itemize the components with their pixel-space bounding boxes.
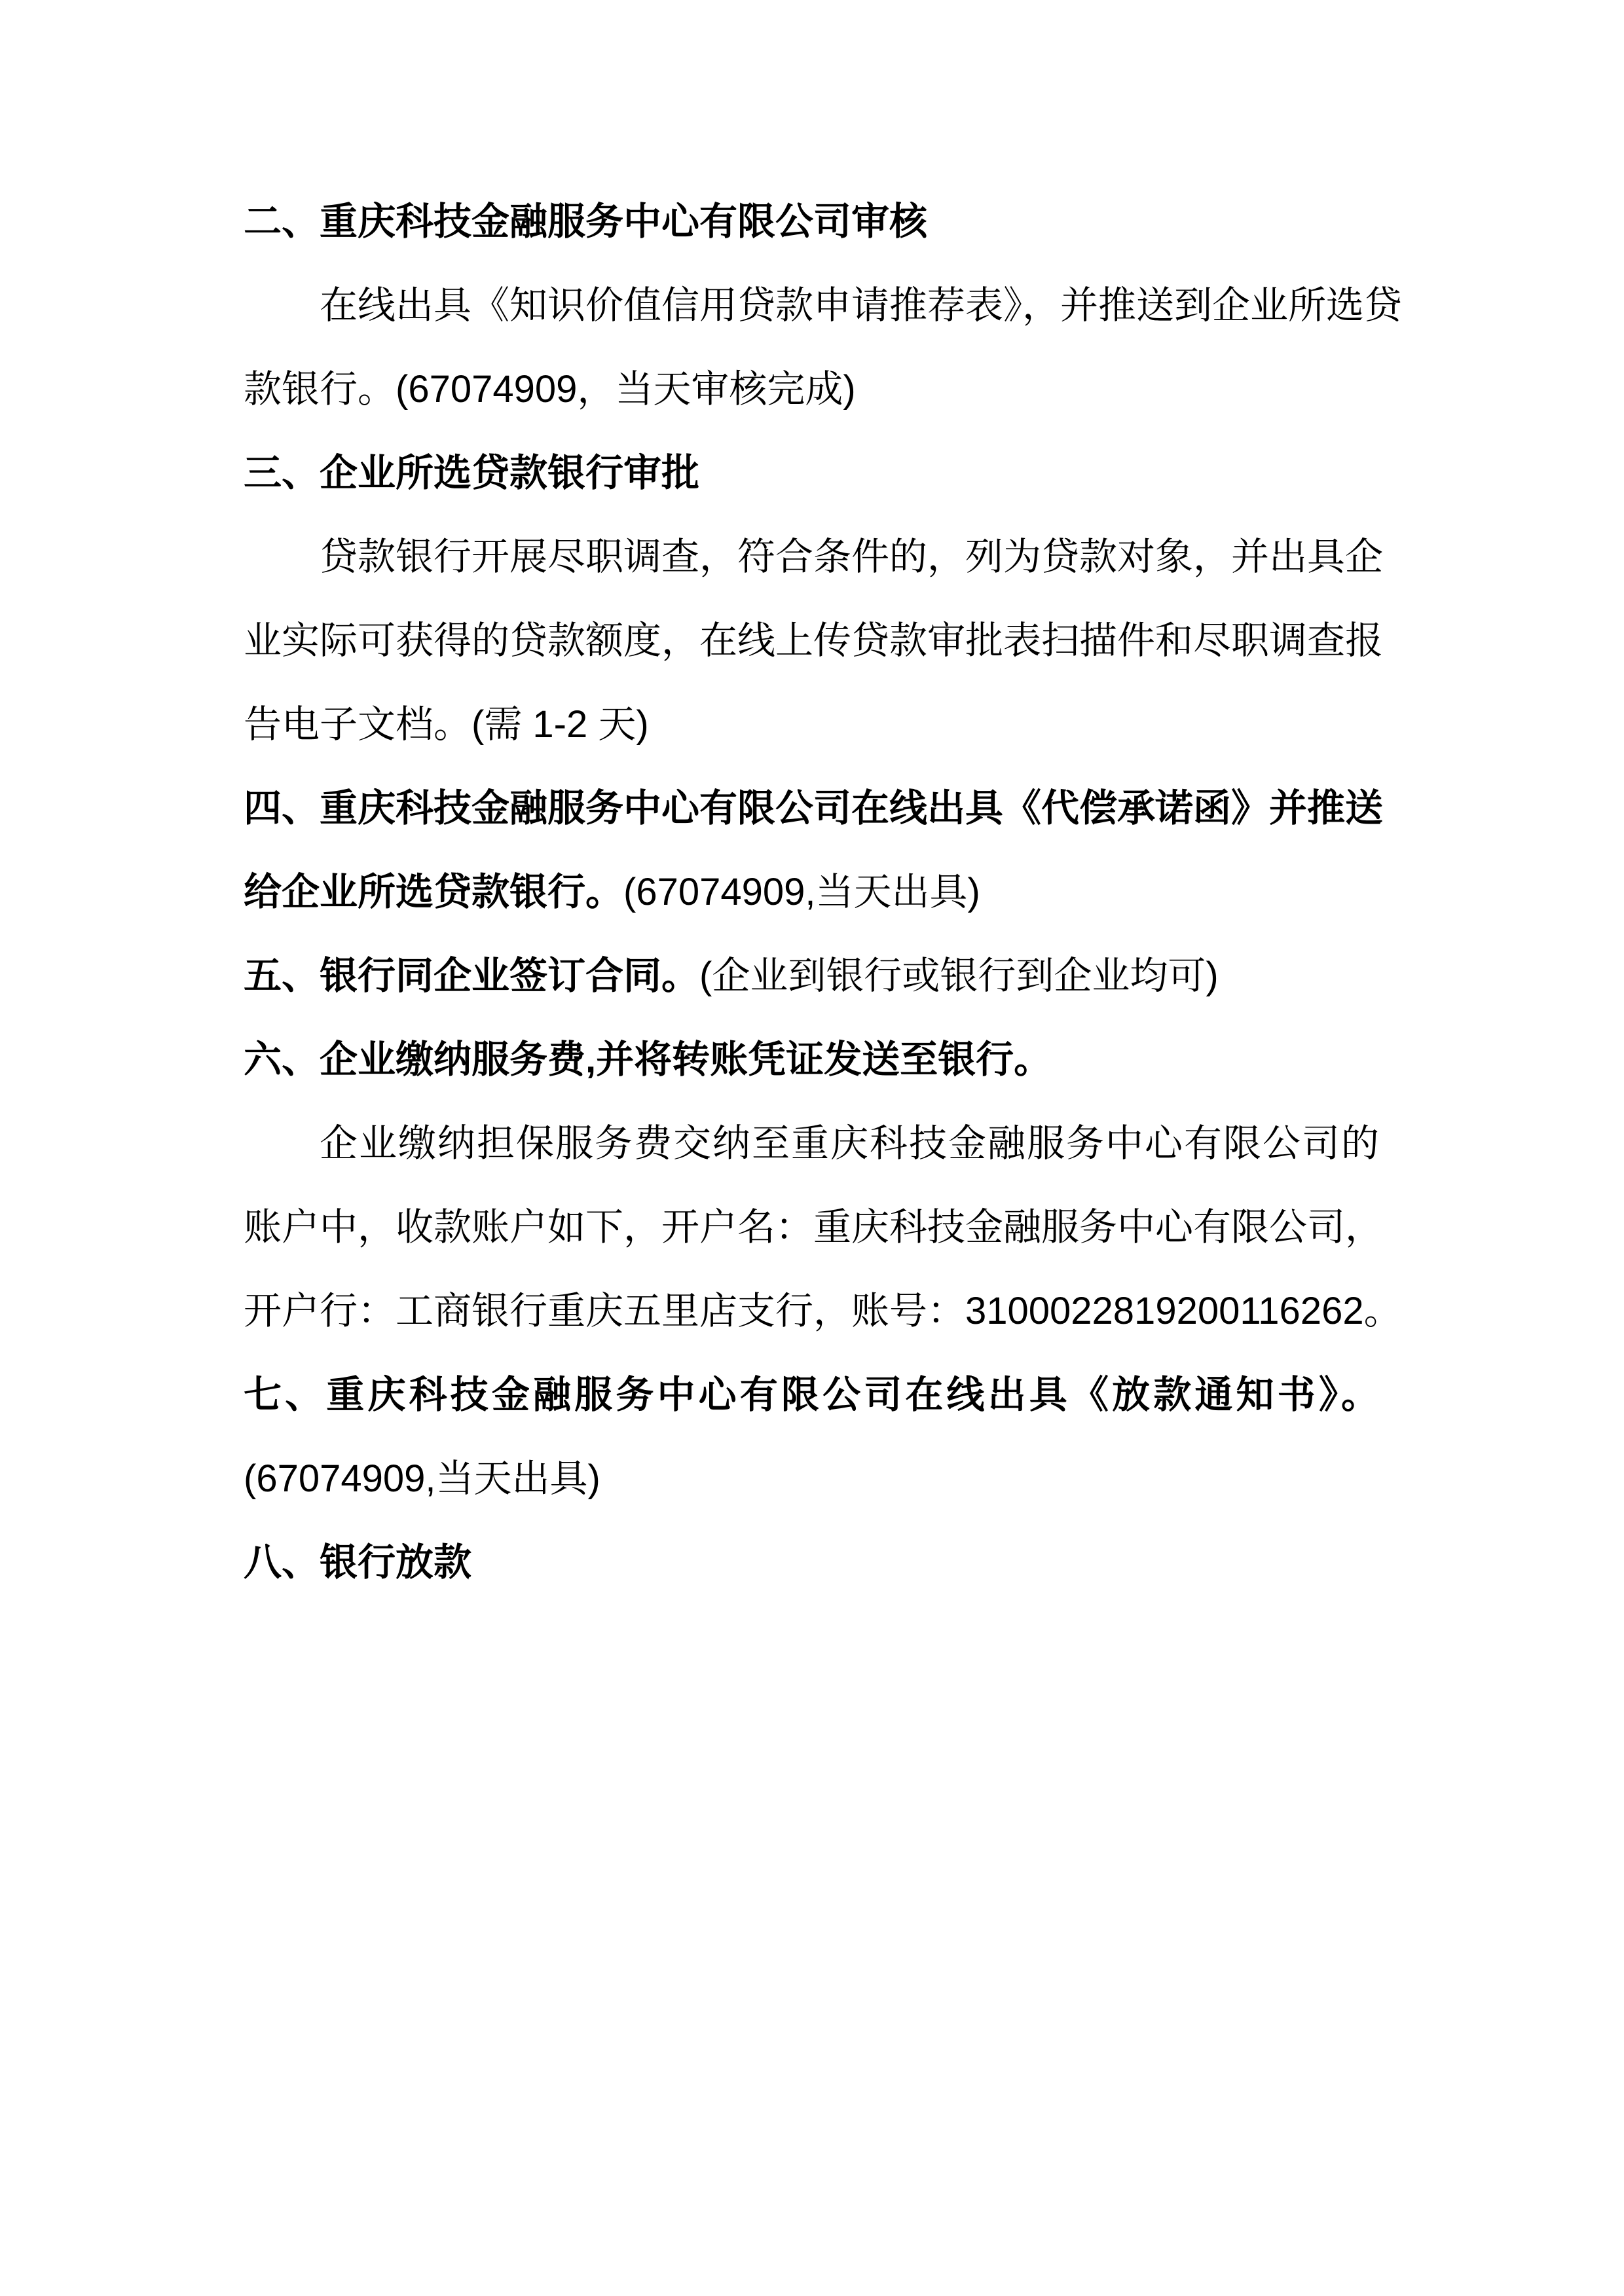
section-4-heading: 四、重庆科技金融服务中心有限公司在线出具《代偿承诺函》并推送 给企业所选贷款银行… [244,767,1379,934]
text-run: 六、企业缴纳服务费,并将转账凭证发送至银行。 [244,1038,1052,1081]
page-content: 二、重庆科技金融服务中心有限公司审核 在线出具《知识价值信用贷款申请推荐表》，并… [244,180,1379,1605]
section-2-heading: 二、重庆科技金融服务中心有限公司审核 [244,180,1379,264]
text-line: 八、银行放款 [244,1521,1379,1605]
text-run: 给企业所选贷款银行。 [244,871,623,913]
text-run: (企业到银行或银行到企业均可) [699,955,1219,997]
text-line: 四、重庆科技金融服务中心有限公司在线出具《代偿承诺函》并推送 [244,767,1379,850]
text-line: (67074909,当天出具) [244,1437,1379,1521]
text-run: 在线出具《知识价值信用贷款申请推荐表》，并推送到企业所选贷 [320,284,1402,327]
text-line: 给企业所选贷款银行。(67074909,当天出具) [244,850,1379,934]
text-line: 三、企业所选贷款银行审批 [244,431,1379,515]
text-run: 开户行：工商银行重庆五里店支行，账号：3100022819200116262。 [244,1290,1402,1332]
text-run: 款银行。(67074909，当天审核完成) [244,368,856,410]
document-page: 二、重庆科技金融服务中心有限公司审核 在线出具《知识价值信用贷款申请推荐表》，并… [0,0,1624,2296]
text-run: 企业缴纳担保服务费交纳至重庆科技金融服务中心有限公司的 [320,1122,1379,1165]
text-line: 业实际可获得的贷款额度，在线上传贷款审批表扫描件和尽职调查报 [244,599,1379,683]
text-run: (67074909,当天出具) [623,871,980,913]
text-run: 三、企业所选贷款银行审批 [244,452,699,494]
section-7-heading: 七、重庆科技金融服务中心有限公司在线出具《放款通知书》。 (67074909,当… [244,1353,1379,1521]
text-line: 在线出具《知识价值信用贷款申请推荐表》，并推送到企业所选贷 [244,264,1379,348]
text-run: 业实际可获得的贷款额度，在线上传贷款审批表扫描件和尽职调查报 [244,619,1383,662]
text-line: 贷款银行开展尽职调查，符合条件的，列为贷款对象，并出具企 [244,515,1379,599]
text-line: 七、重庆科技金融服务中心有限公司在线出具《放款通知书》。 [244,1353,1379,1437]
text-line: 账户中，收款账户如下，开户名：重庆科技金融服务中心有限公司， [244,1186,1379,1269]
text-line: 款银行。(67074909，当天审核完成) [244,348,1379,431]
text-line: 五、银行同企业签订合同。(企业到银行或银行到企业均可) [244,934,1379,1018]
text-run: 二、重庆科技金融服务中心有限公司审核 [244,200,927,243]
text-line: 企业缴纳担保服务费交纳至重庆科技金融服务中心有限公司的 [244,1102,1379,1186]
section-3-body: 贷款银行开展尽职调查，符合条件的，列为贷款对象，并出具企 业实际可获得的贷款额度… [244,515,1379,767]
text-run: 八、银行放款 [244,1541,471,1584]
section-5-heading: 五、银行同企业签订合同。(企业到银行或银行到企业均可) [244,934,1379,1018]
text-line: 告电子文档。(需 1-2 天) [244,683,1379,767]
text-line: 二、重庆科技金融服务中心有限公司审核 [244,180,1379,264]
text-run: 告电子文档。(需 1-2 天) [244,703,649,746]
text-run: 账户中，收款账户如下，开户名：重庆科技金融服务中心有限公司， [244,1206,1383,1248]
text-run: 贷款银行开展尽职调查，符合条件的，列为贷款对象，并出具企 [320,536,1383,578]
section-6-body: 企业缴纳担保服务费交纳至重庆科技金融服务中心有限公司的 账户中，收款账户如下，开… [244,1102,1379,1353]
text-run: 七、重庆科技金融服务中心有限公司在线出具《放款通知书》。 [244,1374,1379,1416]
text-run: (67074909,当天出具) [244,1457,600,1500]
text-run: 四、重庆科技金融服务中心有限公司在线出具《代偿承诺函》并推送 [244,787,1383,829]
section-8-heading: 八、银行放款 [244,1521,1379,1605]
section-6-heading: 六、企业缴纳服务费,并将转账凭证发送至银行。 [244,1018,1379,1102]
text-run: 五、银行同企业签订合同。 [244,955,699,997]
section-3-heading: 三、企业所选贷款银行审批 [244,431,1379,515]
section-2-body: 在线出具《知识价值信用贷款申请推荐表》，并推送到企业所选贷 款银行。(67074… [244,264,1379,431]
text-line: 开户行：工商银行重庆五里店支行，账号：3100022819200116262。 [244,1269,1379,1353]
text-line: 六、企业缴纳服务费,并将转账凭证发送至银行。 [244,1018,1379,1102]
